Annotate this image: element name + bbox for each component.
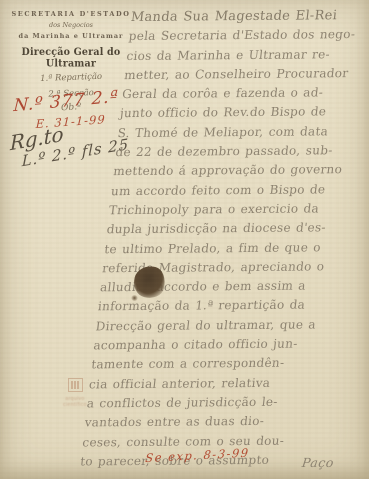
archive-stamp-icon — [68, 378, 83, 392]
manuscript-line: te ultimo Prelado, a fim de que o — [103, 238, 341, 259]
manuscript-line: pela Secretaria d'Estado dos nego- — [128, 25, 366, 46]
manuscript-line: Trichinopoly para o exercicio da — [108, 199, 346, 220]
manuscript-line: cia official anterior, relativa — [88, 373, 326, 394]
manuscript-line: a conflictos de jurisdicção le- — [86, 392, 324, 413]
manuscript-line: metter, ao Conselheiro Procurador — [123, 64, 361, 85]
manuscript-line: Geral da corôa e fazenda o ad- — [121, 83, 359, 104]
manuscript-line: tamente com a correspondên- — [90, 354, 328, 375]
division-name: Direcção Geral do Ultramar — [10, 46, 132, 69]
manuscript-line: cios da Marinha e Ultramar re- — [125, 45, 363, 66]
document-page: SECRETARIA D'ESTADO dos Negocios da Mari… — [0, 0, 369, 479]
ministry-name-line1: SECRETARIA D'ESTADO — [10, 10, 132, 18]
manuscript-line: acompanha o citado officio jun- — [92, 334, 330, 355]
manuscript-line: mettendo á approvação do governo — [112, 160, 350, 181]
manuscript-line: junto officio do Rev.do Bispo de — [119, 103, 357, 124]
signature-place: Paço — [301, 455, 335, 470]
manuscript-line: Manda Sua Magestade El-Rei — [130, 6, 368, 27]
manuscript-line: S. Thomé de Meliapor, com data — [117, 122, 355, 143]
manuscript-line: um accordo feito com o Bispo de — [110, 180, 348, 201]
manuscript-line: Direcção geral do ultramar, que a — [95, 315, 333, 336]
ink-speck — [131, 295, 138, 301]
repartition-label: 1.ª Repartição — [10, 71, 132, 85]
ministry-name-line2: dos Negocios — [10, 21, 132, 29]
ministry-name-line3: da Marinha e Ultramar — [10, 32, 132, 40]
manuscript-line: dupla jurisdicção na diocese d'es- — [106, 218, 344, 239]
manuscript-line: vantados entre as duas dio- — [84, 412, 322, 433]
manuscript-line: de 22 de dezembro passado, sub- — [114, 141, 352, 162]
